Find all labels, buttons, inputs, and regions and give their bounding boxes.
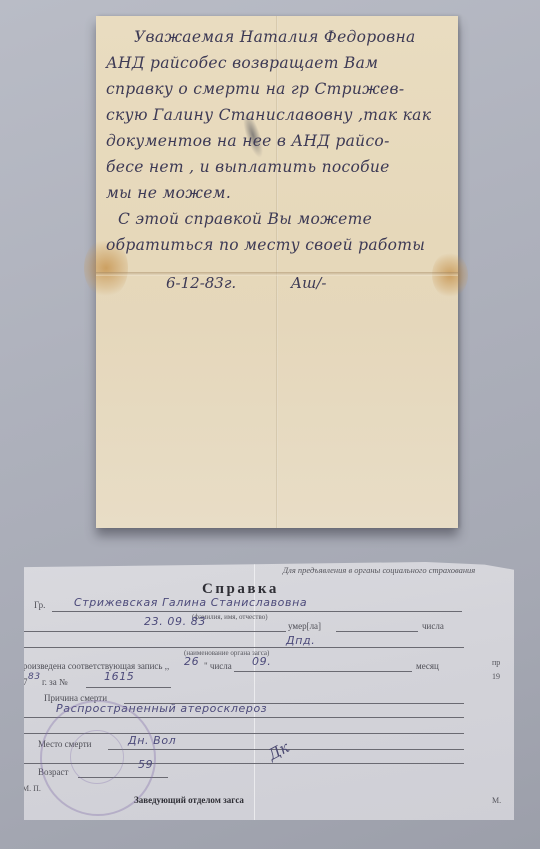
year-suffix: г. за №: [42, 677, 68, 687]
letter-body: Уважаемая Наталия Федоровна АНД райсобес…: [106, 24, 456, 258]
death-certificate: Для предъявления в органы социального ст…: [24, 562, 514, 820]
letter-line: С этой справкой Вы можете: [106, 206, 456, 232]
citizen-label: Гр.: [34, 600, 45, 610]
death-date: 23. 09. 83: [144, 615, 206, 628]
letter-line: мы не можем.: [106, 180, 456, 206]
letter-line: скую Галину Станиславовну ,так как: [106, 102, 456, 128]
letter-blank-lower-half: [96, 306, 458, 528]
right-edge-text: 19: [492, 672, 500, 681]
year-value: 83: [28, 672, 41, 682]
citizen-row: Гр. Стрижевская Галина Станиславовна: [24, 598, 494, 612]
died-label: умер[ла]: [288, 621, 321, 631]
head-label: Заведующий отделом загса: [134, 795, 244, 805]
letter-document: Уважаемая Наталия Федоровна АНД райсобес…: [96, 16, 458, 528]
year-prefix: 197: [14, 677, 28, 687]
stamp-label: М. П.: [22, 784, 41, 793]
registry-office: Дпд.: [286, 634, 315, 647]
letter-signature: Аш/-: [291, 274, 327, 292]
record-day: 26: [184, 655, 199, 668]
letter-line: Уважаемая Наталия Федоровна: [106, 24, 456, 50]
record-day-label: " числа: [204, 661, 232, 671]
death-date-row: 23. 09. 83 умер[ла] числа: [24, 618, 494, 632]
letter-footer: 6-12-83г. Аш/-: [166, 274, 326, 292]
right-edge-text: М.: [492, 796, 501, 805]
letter-date: 6-12-83г.: [166, 274, 286, 292]
letter-line: обратиться по месту своей работы: [106, 232, 456, 258]
letter-line: АНД райсобес возвращает Вам: [106, 50, 456, 76]
record-row: произведена соответствующая запись ,, 26…: [24, 658, 494, 672]
letter-line: документов на нее в АНД райсо-: [106, 128, 456, 154]
certificate-purpose: Для предъявления в органы социального ст…: [279, 565, 479, 576]
month-label: месяц: [416, 661, 439, 671]
registry-office-row: Дпд.: [24, 634, 494, 648]
day-label: числа: [422, 621, 444, 631]
letter-line: справку о смерти на гр Стрижев-: [106, 76, 456, 102]
record-month: 09.: [252, 655, 271, 668]
citizen-name: Стрижевская Галина Станиславовна: [74, 596, 307, 609]
record-label: произведена соответствующая запись ,,: [18, 661, 169, 671]
year-number-row: 197 83 г. за № 1615: [24, 674, 494, 688]
right-edge-text: пр: [492, 658, 500, 667]
record-number: 1615: [104, 670, 134, 683]
letter-line: бесе нет , и выплатить пособие: [106, 154, 456, 180]
